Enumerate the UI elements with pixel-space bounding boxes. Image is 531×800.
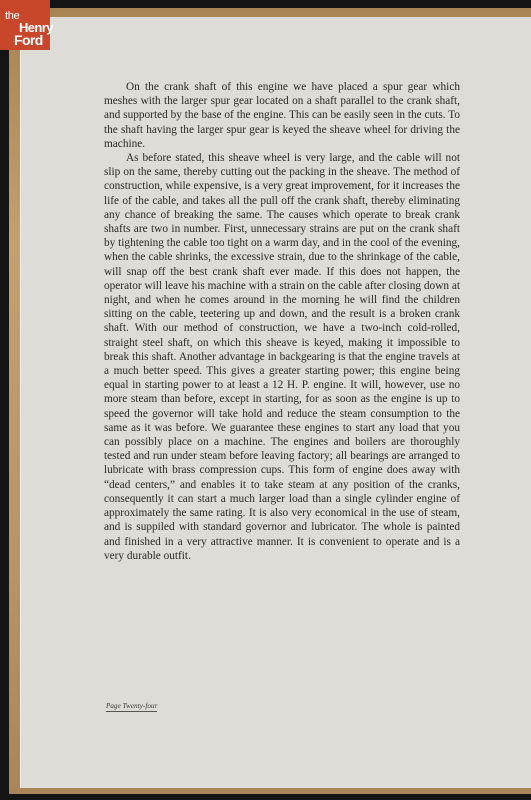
logo-the: the	[5, 11, 19, 22]
logo-ford: Ford	[14, 33, 43, 47]
paragraph-1: On the crank shaft of this engine we hav…	[104, 80, 460, 151]
page-number: Page Twenty-four	[106, 702, 157, 712]
paragraph-2: As before stated, this sheave wheel is v…	[104, 151, 460, 563]
henry-ford-logo: the Henry Ford	[0, 0, 50, 50]
body-text: On the crank shaft of this engine we hav…	[104, 80, 460, 563]
